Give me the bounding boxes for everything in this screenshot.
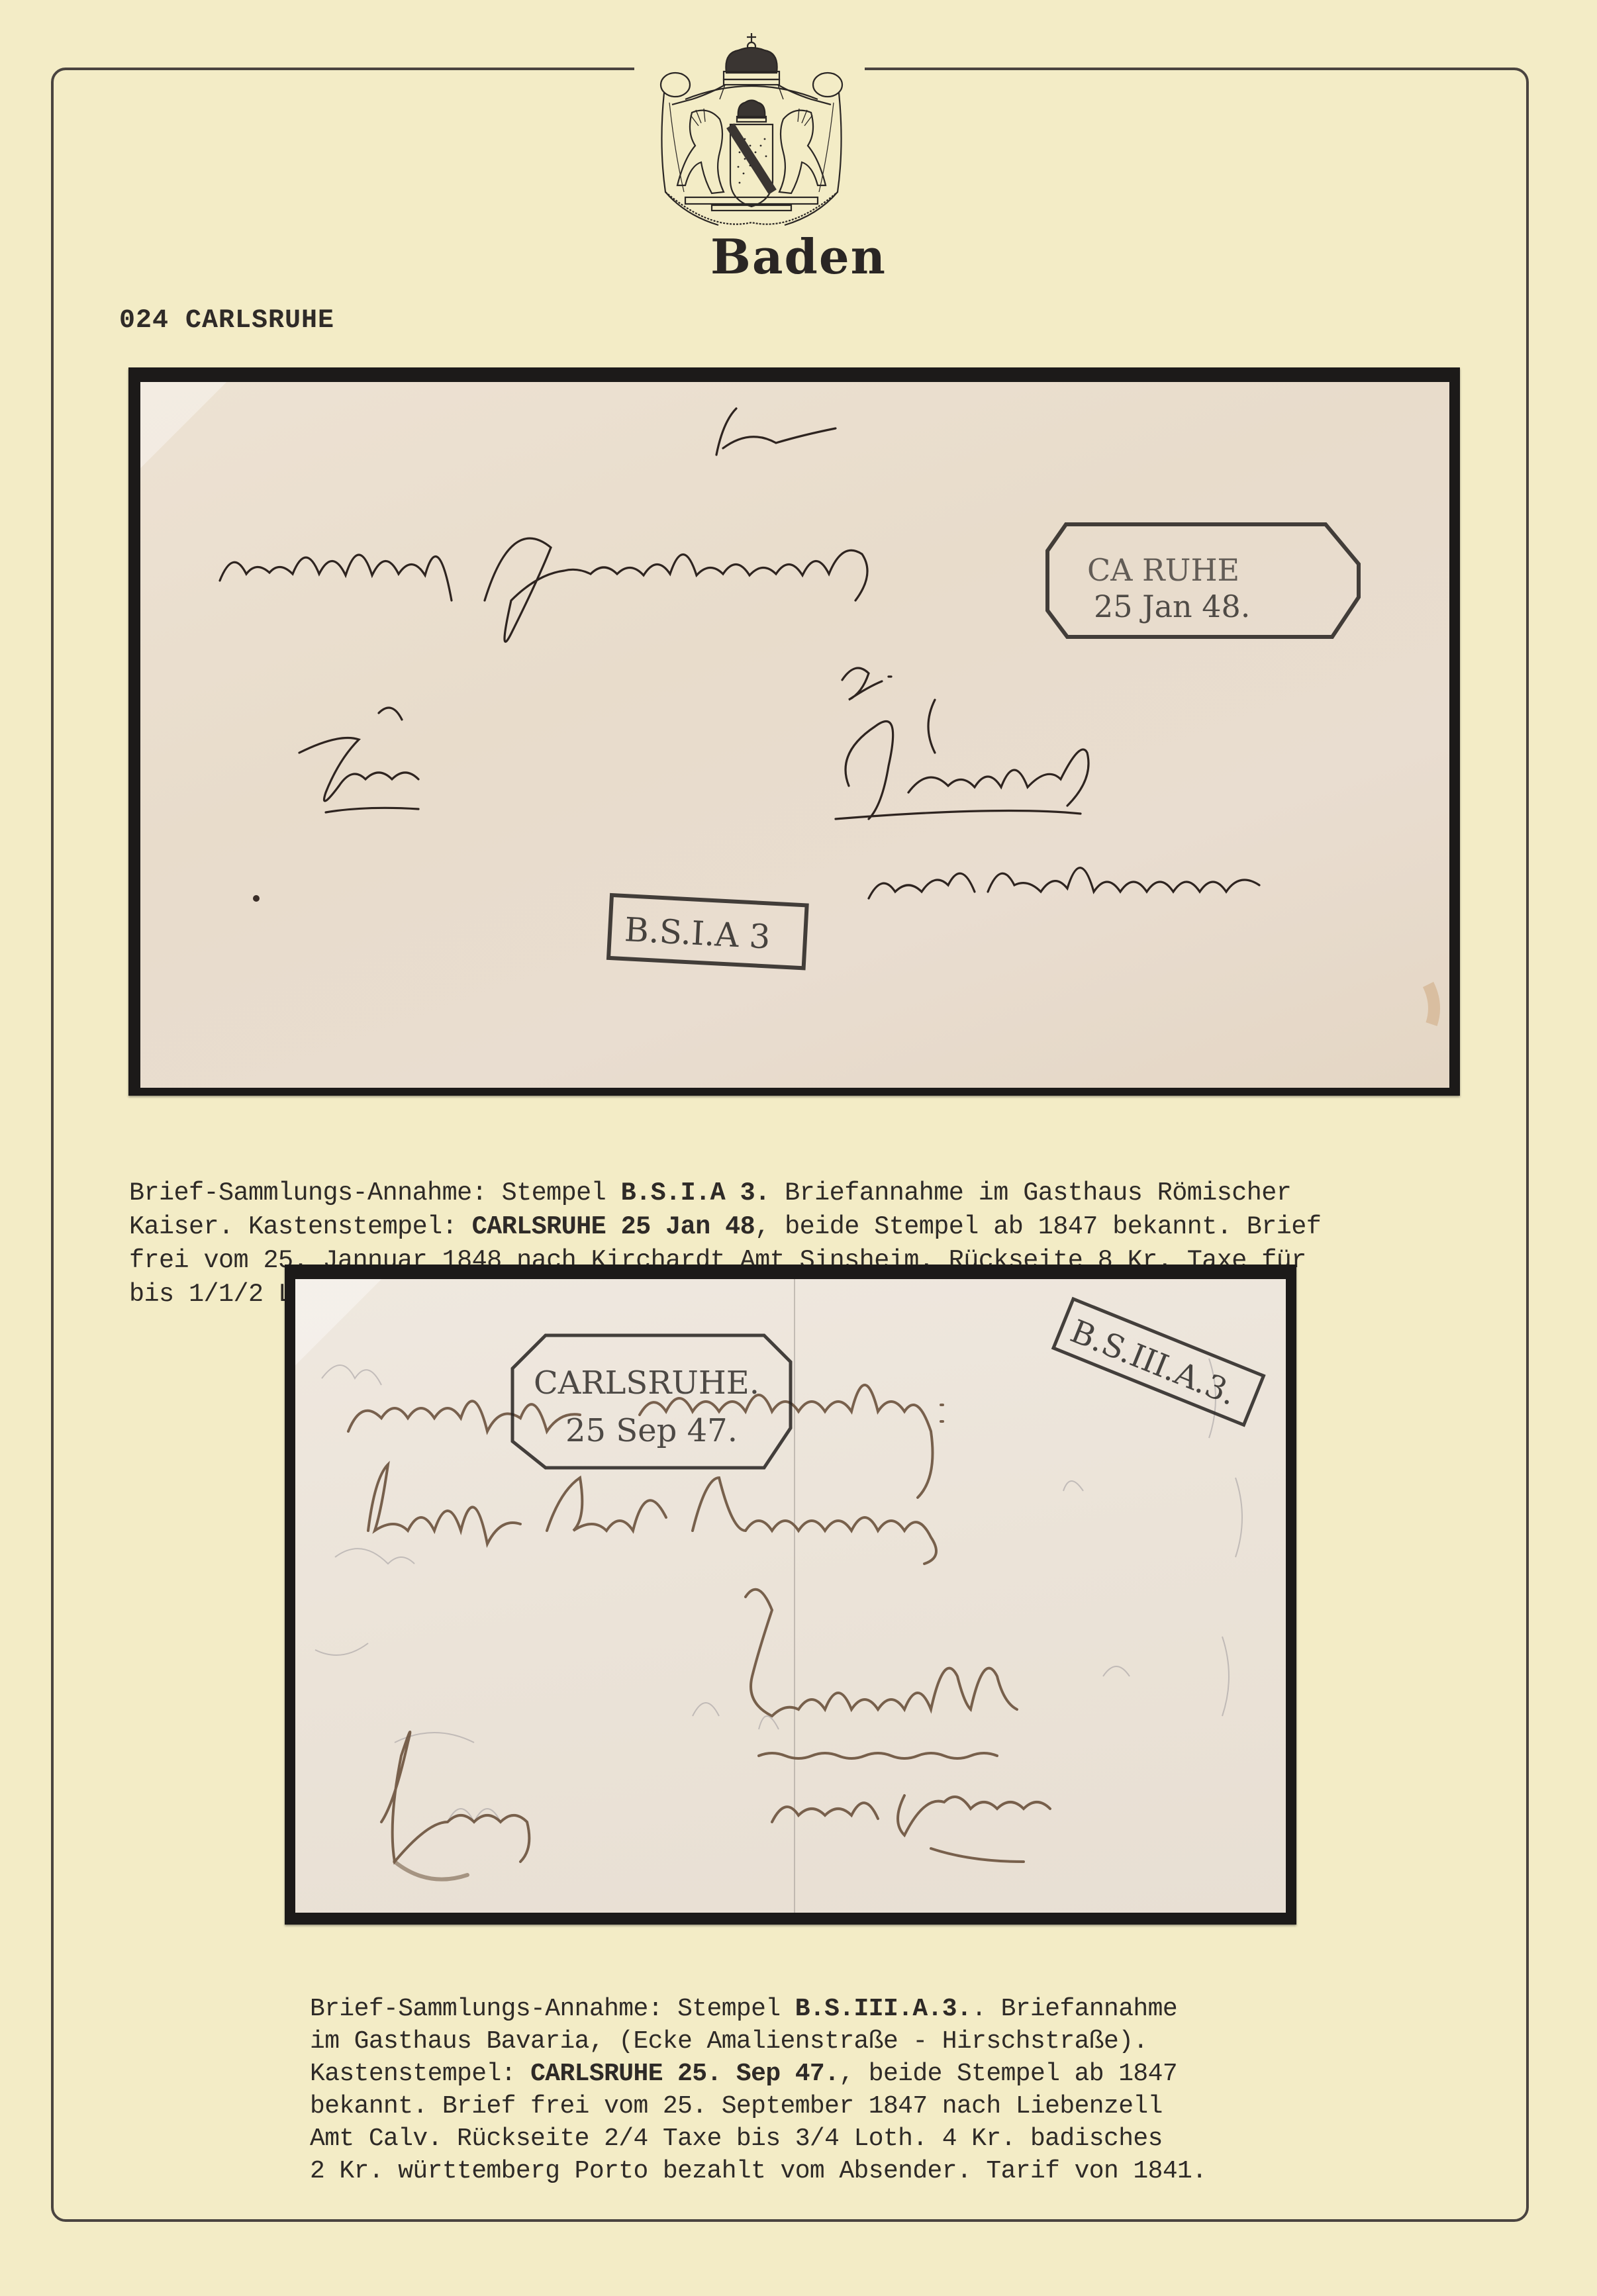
- svg-text:CA RUHE: CA RUHE: [1087, 552, 1239, 588]
- caption-text: Brief-Sammlungs-Annahme: Stempel: [310, 1995, 795, 2023]
- caption-line: Kaiser. Kastenstempel: CARLSRUHE 25 Jan …: [129, 1210, 1321, 1244]
- letter-2-handwriting: CARLSRUHE. 25 Sep 47. B.S.III.A.3.: [295, 1279, 1286, 1913]
- caption-text: bekannt. Brief frei vom 25. September 18…: [310, 2092, 1163, 2121]
- caption-text: . Briefannahme: [971, 1995, 1177, 2023]
- caption-text: , beide Stempel ab 1847 bekannt. Brief: [755, 1212, 1321, 1241]
- state-title: Baden: [0, 228, 1597, 285]
- caption-line: 2 Kr. württemberg Porto bezahlt vom Abse…: [310, 2155, 1206, 2187]
- baden-coat-of-arms-icon: [646, 26, 857, 232]
- caption-emphasis: CARLSRUHE 25 Jan 48: [472, 1212, 755, 1241]
- letter-mount-1: CA RUHE 25 Jan 48. B.S.I.A 3: [128, 367, 1460, 1096]
- caption-text: Brief-Sammlungs-Annahme: Stempel: [129, 1178, 621, 1208]
- caption-emphasis: B.S.III.A.3.: [795, 1995, 971, 2023]
- caption-line: Amt Calv. Rückseite 2/4 Taxe bis 3/4 Lot…: [310, 2123, 1206, 2155]
- caption-text: Kastenstempel:: [310, 2060, 530, 2088]
- svg-text:CARLSRUHE.: CARLSRUHE.: [534, 1364, 759, 1402]
- caption-text: im Gasthaus Bavaria, (Ecke Amalienstraße…: [310, 2027, 1148, 2056]
- carlsruhe-box-stamp-1: CA RUHE 25 Jan 48.: [1047, 524, 1359, 637]
- bsiii-a3-box-stamp: B.S.III.A.3.: [1053, 1299, 1263, 1425]
- caption-text: Amt Calv. Rückseite 2/4 Taxe bis 3/4 Lot…: [310, 2125, 1163, 2153]
- caption-line: Kastenstempel: CARLSRUHE 25. Sep 47., be…: [310, 2058, 1206, 2090]
- letter-cover-2: CARLSRUHE. 25 Sep 47. B.S.III.A.3.: [295, 1279, 1286, 1913]
- caption-text: , beide Stempel ab 1847: [839, 2060, 1177, 2088]
- svg-text:25 Jan 48.: 25 Jan 48.: [1094, 589, 1250, 624]
- caption-line: im Gasthaus Bavaria, (Ecke Amalienstraße…: [310, 2025, 1206, 2058]
- letter-1-handwriting: CA RUHE 25 Jan 48. B.S.I.A 3: [140, 382, 1449, 1088]
- caption-text: Kaiser. Kastenstempel:: [129, 1212, 472, 1241]
- letter-cover-1: CA RUHE 25 Jan 48. B.S.I.A 3: [140, 382, 1449, 1088]
- svg-text:B.S.I.A 3: B.S.I.A 3: [624, 910, 771, 956]
- bsia3-box-stamp: B.S.I.A 3: [608, 895, 807, 968]
- caption-emphasis: B.S.I.A 3.: [621, 1178, 770, 1208]
- svg-text:25 Sep 47.: 25 Sep 47.: [565, 1412, 738, 1449]
- caption-emphasis: CARLSRUHE 25. Sep 47.: [530, 2060, 839, 2088]
- letter-mount-2: CARLSRUHE. 25 Sep 47. B.S.III.A.3.: [285, 1265, 1296, 1925]
- caption-line: Brief-Sammlungs-Annahme: Stempel B.S.III…: [310, 1993, 1206, 2025]
- letter-2-caption: Brief-Sammlungs-Annahme: Stempel B.S.III…: [310, 1928, 1206, 2187]
- caption-line: bekannt. Brief frei vom 25. September 18…: [310, 2090, 1206, 2123]
- caption-text: 2 Kr. württemberg Porto bezahlt vom Abse…: [310, 2157, 1206, 2185]
- section-header: 024 CARLSRUHE: [119, 306, 334, 336]
- caption-line: Brief-Sammlungs-Annahme: Stempel B.S.I.A…: [129, 1176, 1321, 1210]
- caption-text: Briefannahme im Gasthaus Römischer: [770, 1178, 1292, 1208]
